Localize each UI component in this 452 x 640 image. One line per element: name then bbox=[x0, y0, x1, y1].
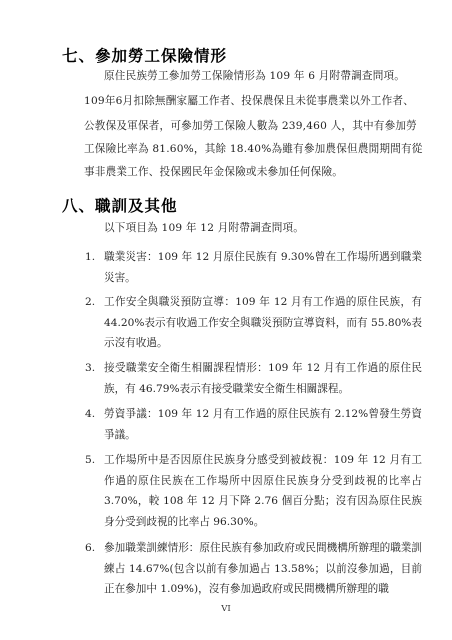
item-3-text: 接受職業安全衛生相關課程情形：109 年 12 月有工作過的原住民族，有 46.… bbox=[104, 358, 422, 399]
section-8-heading: 八、職訓及其他 bbox=[62, 194, 178, 216]
section-7-heading: 七、參加勞工保險情形 bbox=[62, 44, 227, 66]
item-5-text: 工作場所中是否因原住民族身分感受到被歧視：109 年 12 月有工作過的原住民族… bbox=[104, 450, 422, 532]
section-7-line-5: 事非農業工作、投保國民年金保險或未參加任何保險。 bbox=[84, 162, 343, 182]
section-7-line-3: 公教保及軍保者，可參加勞工保險人數為 239,460 人，其中有參加勞 bbox=[84, 116, 417, 136]
item-2-number: 2. bbox=[85, 292, 95, 312]
item-4-text: 勞資爭議：109 年 12 月有工作過的原住民族有 2.12%曾發生勞資爭議。 bbox=[104, 404, 422, 445]
item-1-text: 職業災害：109 年 12 月原住民族有 9.30%曾在工作場所遇到職業災害。 bbox=[104, 247, 422, 288]
item-2-text: 工作安全與職災預防宣導：109 年 12 月有工作過的原住民族，有 44.20%… bbox=[104, 292, 422, 354]
section-7-line-4: 工保險比率為 81.60%，其餘 18.40%為雖有參加農保但農閒期間有從 bbox=[84, 139, 423, 159]
item-3-number: 3. bbox=[85, 358, 95, 378]
item-4-number: 4. bbox=[85, 404, 95, 424]
page-number: VI bbox=[0, 604, 452, 614]
document-page: 七、參加勞工保險情形 原住民族勞工參加勞工保險情形為 109 年 6 月附帶調查… bbox=[0, 0, 452, 640]
item-5-number: 5. bbox=[85, 450, 95, 470]
item-6-number: 6. bbox=[85, 538, 95, 558]
item-1-number: 1. bbox=[85, 247, 95, 267]
section-8-intro: 以下項目為 109 年 12 月附帶調查問項。 bbox=[104, 218, 304, 238]
section-7-line-2: 109年6月扣除無酬家屬工作者、投保農保且未從事農業以外工作者、 bbox=[84, 91, 414, 111]
item-6-text: 參加職業訓練情形：原住民族有參加政府或民間機構所辦理的職業訓練占 14.67%(… bbox=[104, 538, 422, 600]
section-7-line-1: 原住民族勞工參加勞工保險情形為 109 年 6 月附帶調查問項。 bbox=[104, 66, 405, 86]
